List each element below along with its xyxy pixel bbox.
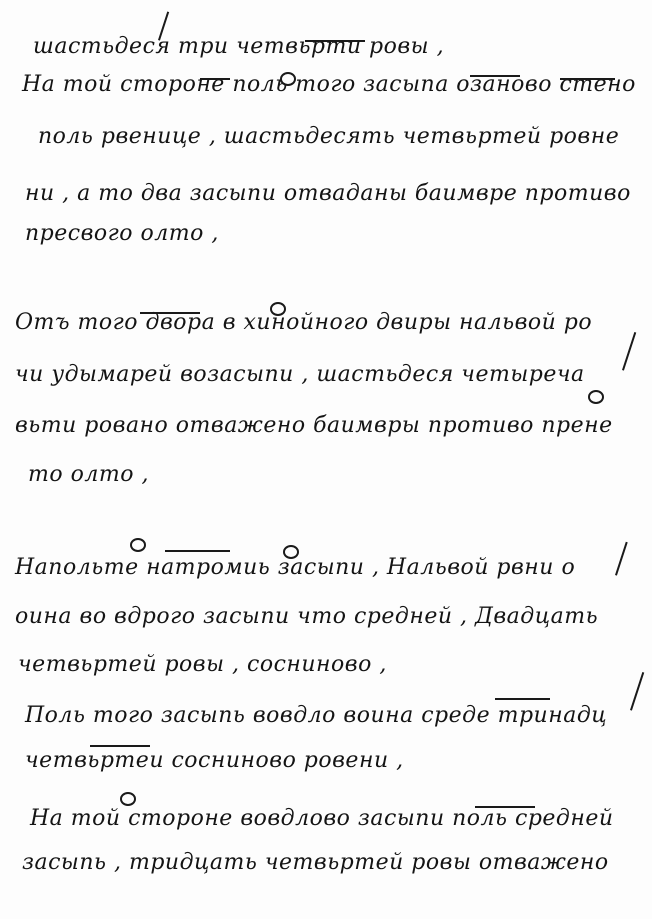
superscript-stroke: [495, 698, 550, 700]
superscript-loop: [270, 302, 286, 316]
manuscript-line: оина во вдрого засыпи что средней , Двад…: [15, 604, 598, 629]
ascender-stroke: [615, 542, 628, 576]
superscript-loop: [280, 72, 296, 86]
superscript-loop: [283, 545, 299, 559]
manuscript-line: шастьдеся три четвьрти ровы ,: [33, 34, 444, 59]
superscript-loop: [120, 792, 136, 806]
manuscript-line: засыпь , тридцать четвьртей ровы отважен…: [22, 850, 609, 875]
manuscript-line: На той стороне поль того засыпа озаново …: [22, 72, 636, 97]
manuscript-line: четвьртеи сосниново ровени ,: [25, 748, 404, 773]
manuscript-page: шастьдеся три четвьрти ровы , На той сто…: [0, 0, 652, 919]
manuscript-line: Отъ того двора в хинойного двиры нальвой…: [15, 310, 592, 335]
superscript-stroke: [200, 78, 230, 80]
superscript-loop: [588, 390, 604, 404]
manuscript-line: Напольте натромиь засыпи , Нальвой рвни …: [15, 555, 575, 580]
superscript-stroke: [560, 78, 615, 80]
manuscript-line: пресвого олто ,: [25, 221, 219, 246]
manuscript-line: ни , а то два засыпи отваданы баимвре пр…: [25, 181, 631, 206]
superscript-loop: [130, 538, 146, 552]
superscript-stroke: [165, 550, 230, 552]
ascender-stroke: [630, 672, 644, 711]
manuscript-line: то олто ,: [28, 462, 149, 487]
ascender-stroke: [622, 332, 636, 371]
manuscript-line: четвьртей ровы , сосниново ,: [18, 652, 387, 677]
superscript-stroke: [470, 75, 520, 77]
superscript-stroke: [140, 312, 200, 314]
manuscript-line: Поль того засыпь вовдло воина среде трин…: [25, 703, 607, 728]
manuscript-line: На той стороне вовдлово засыпи поль сред…: [30, 806, 614, 831]
manuscript-line: поль рвенице , шастьдесять четвьртей ров…: [38, 124, 619, 149]
superscript-stroke: [305, 40, 365, 42]
superscript-stroke: [475, 806, 535, 808]
superscript-stroke: [90, 745, 150, 747]
manuscript-line: чи удымарей возасыпи , шастьдеся четыреч…: [15, 362, 585, 387]
manuscript-line: вьти ровано отважено баимвры противо пре…: [15, 413, 613, 438]
